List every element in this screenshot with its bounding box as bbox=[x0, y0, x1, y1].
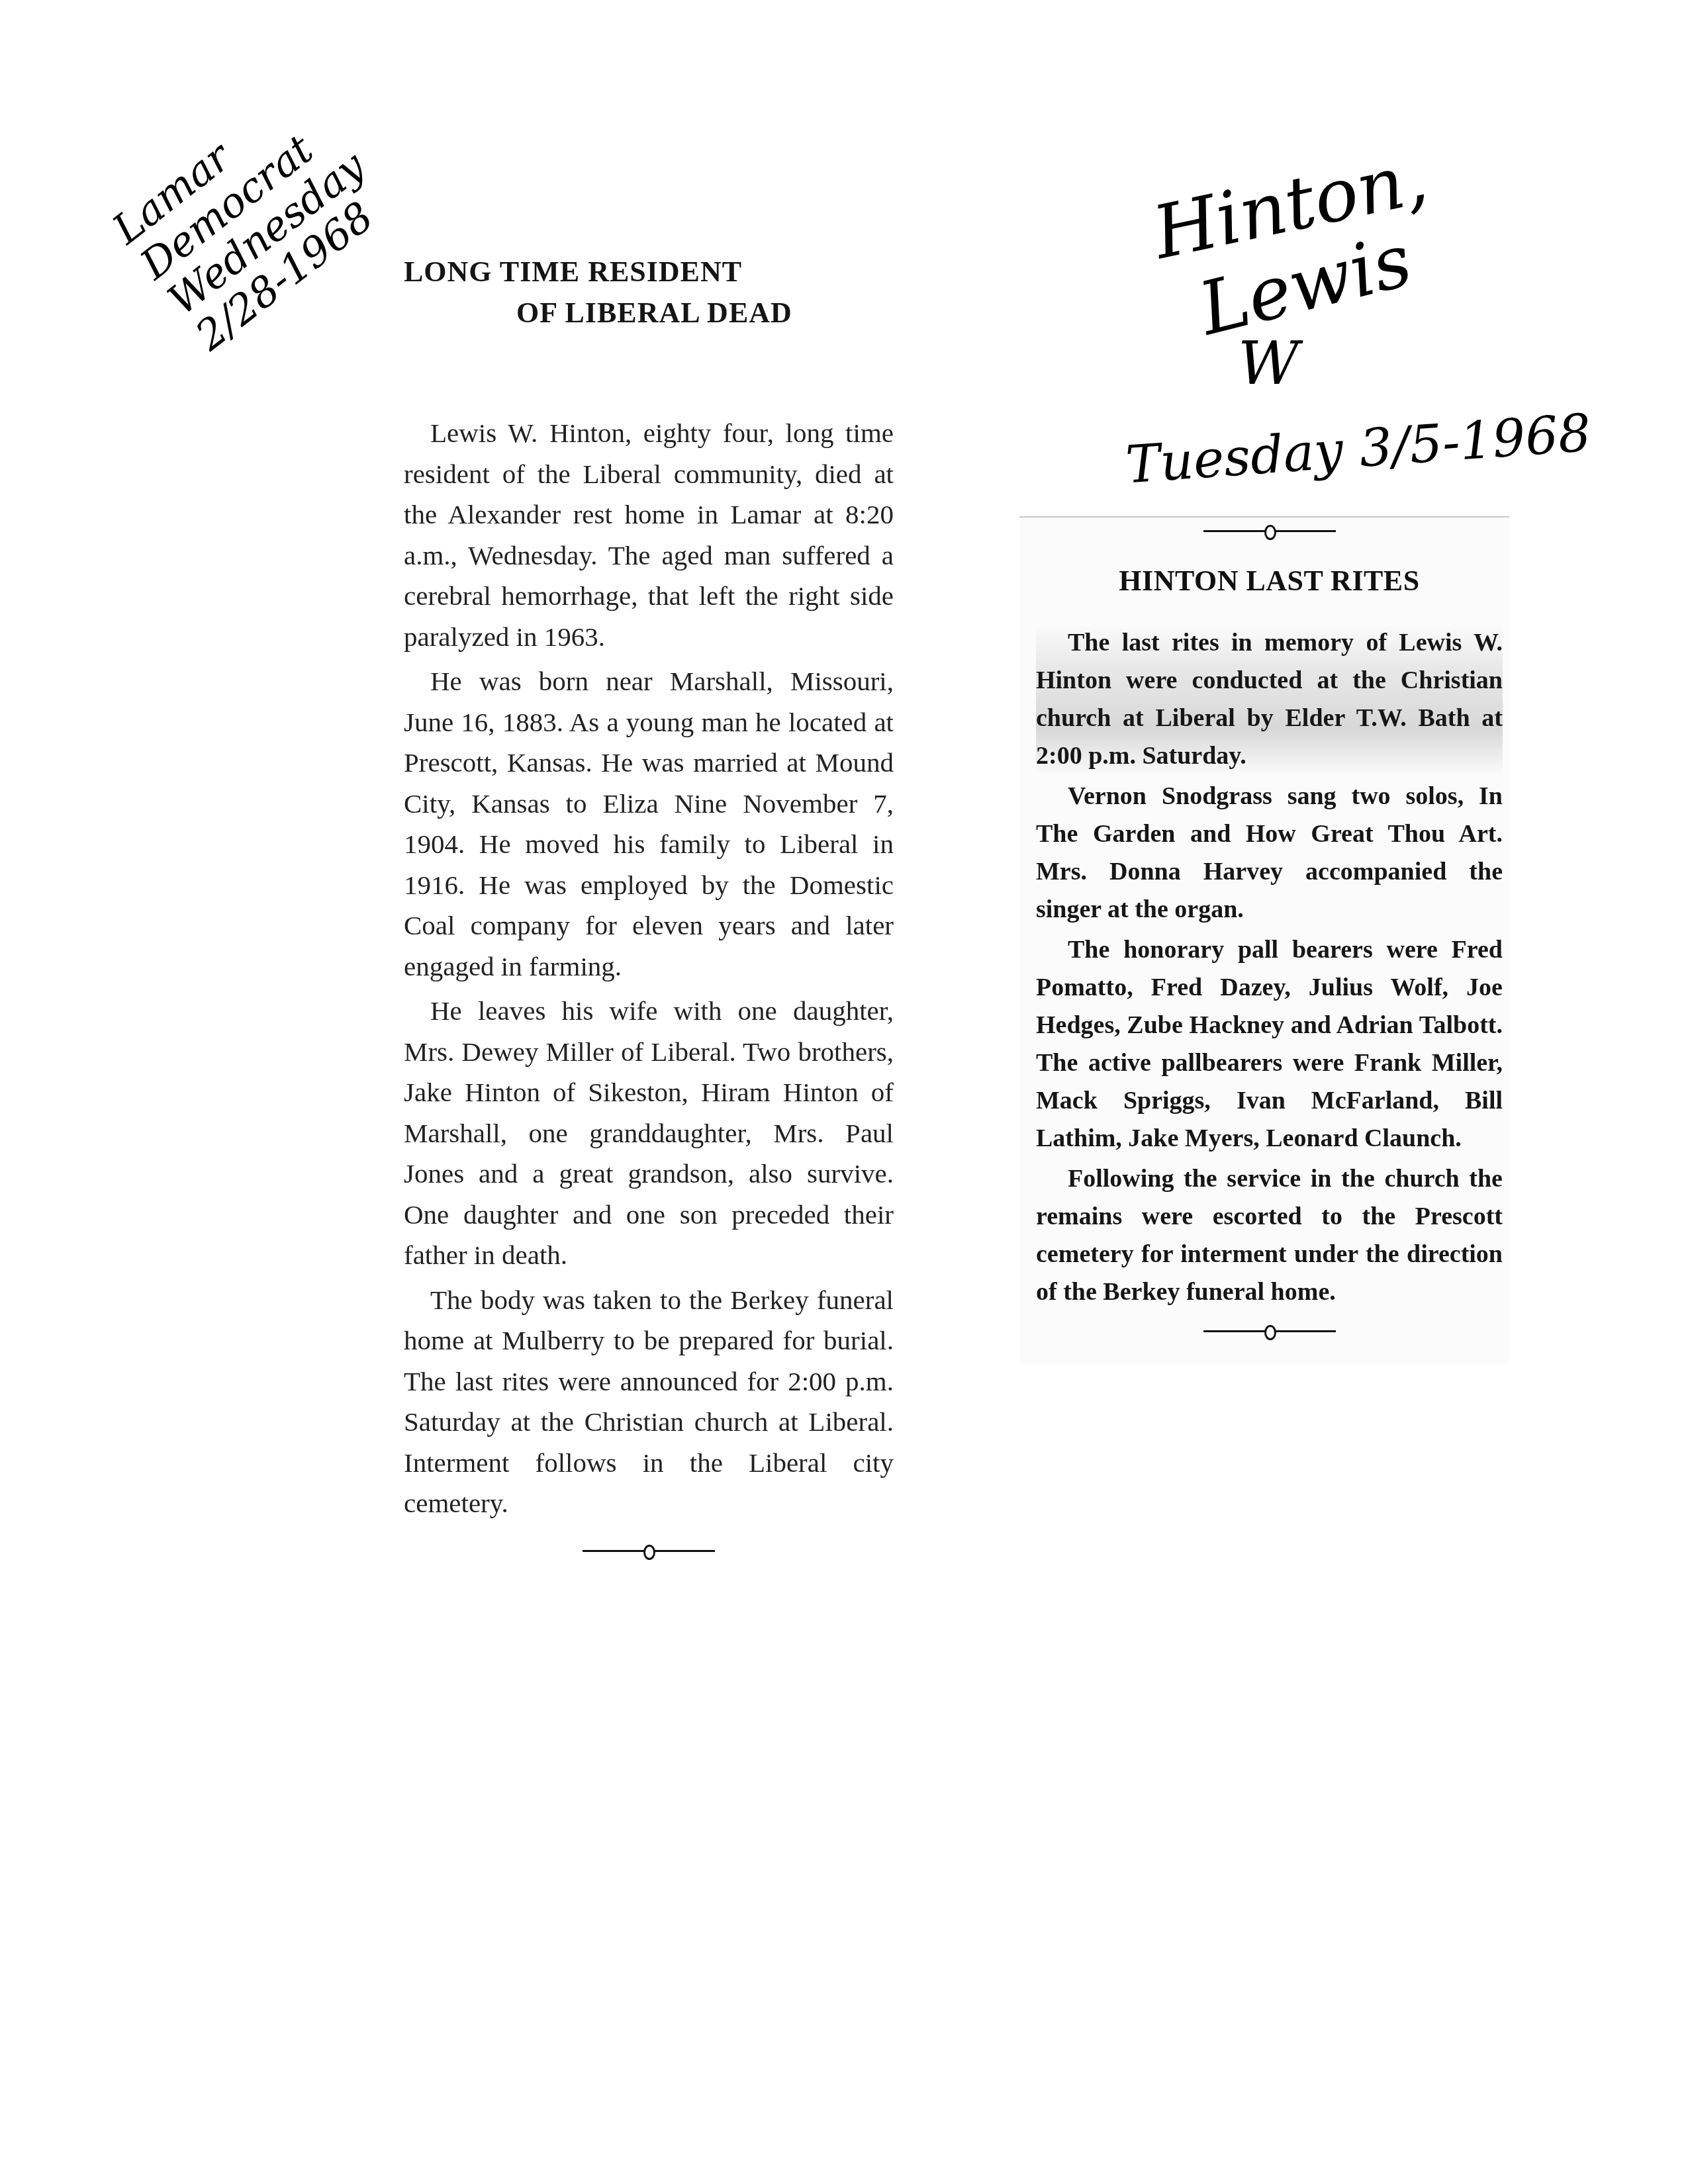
last-rites-clipping: HINTON LAST RITES The last rites in memo… bbox=[1019, 516, 1509, 1364]
paragraph: Lewis W. Hinton, eighty four, long time … bbox=[404, 413, 894, 657]
paragraph: The body was taken to the Berkey funeral… bbox=[404, 1280, 894, 1524]
end-separator-icon bbox=[583, 1544, 715, 1557]
paragraph: He leaves his wife with one daughter, Mr… bbox=[404, 991, 894, 1276]
paragraph: The honorary pall bearers were Fred Poma… bbox=[1036, 931, 1503, 1158]
paragraph: He was born near Marshall, Missouri, Jun… bbox=[404, 661, 894, 987]
headline-line: LONG TIME RESIDENT bbox=[404, 251, 894, 293]
end-separator-icon bbox=[1203, 1324, 1336, 1338]
obituary-body: Lewis W. Hinton, eighty four, long time … bbox=[404, 413, 894, 1524]
handwritten-line: W bbox=[1238, 334, 1299, 394]
handwritten-date-note: Tuesday 3/5-1968 bbox=[1124, 408, 1593, 492]
handwritten-source-note: Lamar Democrat Wednesday 2/28-1968 bbox=[106, 73, 402, 360]
last-rites-headline: HINTON LAST RITES bbox=[1036, 564, 1503, 598]
paragraph: Vernon Snodgrass sang two solos, In The … bbox=[1036, 778, 1503, 929]
headline-line: OF LIBERAL DEAD bbox=[404, 293, 894, 334]
obituary-clipping: LONG TIME RESIDENT OF LIBERAL DEAD Lewis… bbox=[404, 251, 894, 1557]
paragraph: The last rites in memory of Lewis W. Hin… bbox=[1036, 624, 1503, 775]
last-rites-body: The last rites in memory of Lewis W. Hin… bbox=[1036, 624, 1503, 1311]
top-separator-icon bbox=[1203, 524, 1336, 537]
paragraph: Following the service in the church the … bbox=[1036, 1160, 1503, 1311]
obituary-headline: LONG TIME RESIDENT OF LIBERAL DEAD bbox=[404, 251, 894, 334]
